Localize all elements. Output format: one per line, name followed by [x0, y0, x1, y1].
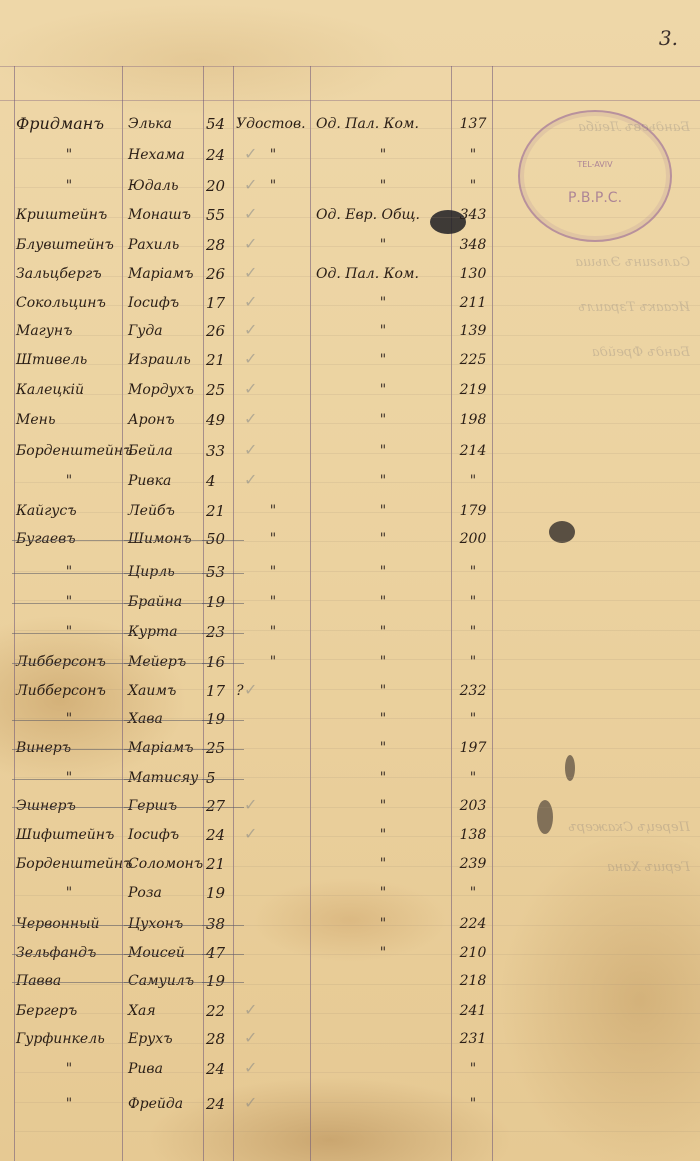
table-row: ГурфинкельЕрухъ28231: [0, 1024, 700, 1054]
table-row: "Хава19"": [0, 704, 700, 734]
age-cell: 26: [206, 259, 234, 289]
surname-cell: ": [16, 617, 122, 647]
number-cell: 198: [455, 405, 491, 435]
number-cell: 348: [455, 230, 491, 260]
number-cell: 203: [455, 791, 491, 821]
organization-cell: ": [316, 878, 450, 908]
number-cell: 200: [455, 524, 491, 554]
age-cell: 19: [206, 587, 234, 617]
age-cell: 19: [206, 878, 234, 908]
table-row: Фридманъ Элька 54 Удостов. Од. Пал. Ком.…: [0, 109, 700, 139]
name-cell: Шимонъ: [128, 524, 204, 554]
age-cell: 21: [206, 849, 234, 879]
document-cell: [236, 704, 310, 734]
table-row: ЧервонныйЦухонъ38"224: [0, 909, 700, 939]
header-rule-top: [0, 66, 700, 67]
surname-cell: Зальцбергъ: [16, 259, 122, 289]
pencil-check-icon: ✓: [244, 144, 257, 163]
number-cell: ": [455, 704, 491, 734]
number-cell: ": [455, 878, 491, 908]
age-cell: 23: [206, 617, 234, 647]
header-rule-bottom: [0, 100, 700, 101]
age-cell: 24: [206, 140, 234, 170]
organization-cell: ": [316, 405, 450, 435]
document-cell: ": [236, 587, 310, 617]
organization-cell: ": [316, 171, 450, 201]
number-cell: ": [455, 466, 491, 496]
table-row: БугаевъШимонъ50""200: [0, 524, 700, 554]
number-cell: ": [455, 763, 491, 793]
surname-cell: ": [16, 763, 122, 793]
number-cell: 224: [455, 909, 491, 939]
number-cell: 197: [455, 733, 491, 763]
surname-cell: Эшнеръ: [16, 791, 122, 821]
surname-cell: Сокольцинъ: [16, 288, 122, 318]
surname-cell: Павва: [16, 966, 122, 996]
number-cell: 210: [455, 938, 491, 968]
name-cell: Хая: [128, 996, 204, 1026]
number-cell: 139: [455, 316, 491, 346]
table-row: ЭшнеръГершъ27"203: [0, 791, 700, 821]
organization-cell: ": [316, 676, 450, 706]
age-cell: 24: [206, 820, 234, 850]
age-cell: 28: [206, 230, 234, 260]
age-cell: 27: [206, 791, 234, 821]
table-row: ВинеръМаріамъ25"197: [0, 733, 700, 763]
number-cell: ": [455, 1089, 491, 1119]
surname-cell: Винеръ: [16, 733, 122, 763]
surname-cell: Борденштейнъ: [16, 436, 122, 466]
organization-cell: ": [316, 316, 450, 346]
name-cell: Израиль: [128, 345, 204, 375]
table-row: "Курта23""": [0, 617, 700, 647]
name-cell: Брайна: [128, 587, 204, 617]
name-cell: Элька: [128, 109, 204, 139]
surname-cell: ": [16, 587, 122, 617]
surname-cell: Бергеръ: [16, 996, 122, 1026]
age-cell: 21: [206, 496, 234, 526]
table-row: "Рива24": [0, 1054, 700, 1084]
table-row: МеньАронъ49"198: [0, 405, 700, 435]
ruled-line: [14, 1131, 700, 1132]
organization-cell: ": [316, 230, 450, 260]
document-cell: ": [236, 557, 310, 587]
number-cell: ": [455, 171, 491, 201]
organization-cell: ": [316, 288, 450, 318]
pencil-check-icon: ✓: [244, 263, 257, 282]
number-cell: 231: [455, 1024, 491, 1054]
document-cell: ": [236, 524, 310, 554]
age-cell: 17: [206, 288, 234, 318]
pencil-check-icon: ✓: [244, 1028, 257, 1047]
document-cell: [236, 878, 310, 908]
name-cell: Курта: [128, 617, 204, 647]
number-cell: 343: [455, 200, 491, 230]
name-cell: Матисяу: [128, 763, 204, 793]
age-cell: 33: [206, 436, 234, 466]
number-cell: 241: [455, 996, 491, 1026]
pencil-check-icon: ✓: [244, 824, 257, 843]
table-row: "Фрейда24": [0, 1089, 700, 1119]
number-cell: 225: [455, 345, 491, 375]
age-cell: 25: [206, 733, 234, 763]
name-cell: Фрейда: [128, 1089, 204, 1119]
organization-cell: ": [316, 436, 450, 466]
name-cell: Бейла: [128, 436, 204, 466]
table-row: БлувштейнъРахиль28"348: [0, 230, 700, 260]
name-cell: Самуилъ: [128, 966, 204, 996]
number-cell: ": [455, 647, 491, 677]
surname-cell: ": [16, 1054, 122, 1084]
table-row: СокольцинъІосифъ17"211: [0, 288, 700, 318]
surname-cell: Кайгусъ: [16, 496, 122, 526]
surname-cell: Зельфандъ: [16, 938, 122, 968]
name-cell: Іосифъ: [128, 288, 204, 318]
table-row: ШтивельИзраиль21"225: [0, 345, 700, 375]
name-cell: Аронъ: [128, 405, 204, 435]
table-row: "Юдаль20""": [0, 171, 700, 201]
pencil-check-icon: ✓: [244, 234, 257, 253]
organization-cell: ": [316, 617, 450, 647]
number-cell: ": [455, 140, 491, 170]
name-cell: Мордухъ: [128, 375, 204, 405]
surname-cell: Калецкій: [16, 375, 122, 405]
age-cell: 28: [206, 1024, 234, 1054]
age-cell: 16: [206, 647, 234, 677]
surname-cell: Блувштейнъ: [16, 230, 122, 260]
pencil-check-icon: ✓: [244, 409, 257, 428]
document-cell: ": [236, 647, 310, 677]
table-row: "Ривка4"": [0, 466, 700, 496]
table-row: ЗальцбергъМаріамъ26Од. Пал. Ком.130: [0, 259, 700, 289]
age-cell: 5: [206, 763, 234, 793]
pencil-check-icon: ✓: [244, 440, 257, 459]
document-cell: [236, 938, 310, 968]
name-cell: Маріамъ: [128, 733, 204, 763]
name-cell: Моисей: [128, 938, 204, 968]
organization-cell: ": [316, 345, 450, 375]
surname-cell: ": [16, 878, 122, 908]
surname-cell: ": [16, 557, 122, 587]
table-row: "Цирль53""": [0, 557, 700, 587]
number-cell: 211: [455, 288, 491, 318]
surname-cell: ": [16, 171, 122, 201]
organization-cell: ": [316, 849, 450, 879]
surname-cell: ": [16, 1089, 122, 1119]
pencil-check-icon: ✓: [244, 349, 257, 368]
surname-cell: Магунъ: [16, 316, 122, 346]
pencil-check-icon: ✓: [244, 292, 257, 311]
age-cell: 49: [206, 405, 234, 435]
surname-cell: Либберсонъ: [16, 676, 122, 706]
number-cell: 218: [455, 966, 491, 996]
organization-cell: [316, 1054, 450, 1084]
name-cell: Соломонъ: [128, 849, 204, 879]
number-cell: 179: [455, 496, 491, 526]
document-cell: [236, 909, 310, 939]
organization-cell: ": [316, 375, 450, 405]
table-row: ЛибберсонъХаимъ17?"232: [0, 676, 700, 706]
pencil-check-icon: ✓: [244, 1058, 257, 1077]
name-cell: Ривка: [128, 466, 204, 496]
name-cell: Цухонъ: [128, 909, 204, 939]
name-cell: Хаимъ: [128, 676, 204, 706]
age-cell: 19: [206, 704, 234, 734]
surname-cell: Мень: [16, 405, 122, 435]
surname-cell: ": [16, 704, 122, 734]
organization-cell: ": [316, 704, 450, 734]
table-row: ПавваСамуилъ19218: [0, 966, 700, 996]
number-cell: ": [455, 557, 491, 587]
organization-cell: ": [316, 791, 450, 821]
organization-cell: ": [316, 466, 450, 496]
name-cell: Мейеръ: [128, 647, 204, 677]
name-cell: Рахиль: [128, 230, 204, 260]
age-cell: 26: [206, 316, 234, 346]
name-cell: Хава: [128, 704, 204, 734]
age-cell: 4: [206, 466, 234, 496]
number-cell: 214: [455, 436, 491, 466]
surname-cell: ": [16, 140, 122, 170]
organization-cell: ": [316, 587, 450, 617]
surname-cell: Фридманъ: [16, 109, 122, 139]
age-cell: 21: [206, 345, 234, 375]
pencil-check-icon: ✓: [244, 1093, 257, 1112]
surname-cell: Шифштейнъ: [16, 820, 122, 850]
surname-cell: Либберсонъ: [16, 647, 122, 677]
age-cell: 47: [206, 938, 234, 968]
number-cell: 137: [455, 109, 491, 139]
organization-cell: ": [316, 938, 450, 968]
table-row: БорденштейнъСоломонъ21"239: [0, 849, 700, 879]
number-cell: 130: [455, 259, 491, 289]
pencil-check-icon: ✓: [244, 379, 257, 398]
number-cell: 138: [455, 820, 491, 850]
name-cell: Юдаль: [128, 171, 204, 201]
table-row: БорденштейнъБейла33"214: [0, 436, 700, 466]
number-cell: 239: [455, 849, 491, 879]
table-row: ШифштейнъІосифъ24"138: [0, 820, 700, 850]
surname-cell: Бугаевъ: [16, 524, 122, 554]
organization-cell: [316, 996, 450, 1026]
name-cell: Гершъ: [128, 791, 204, 821]
organization-cell: [316, 1024, 450, 1054]
table-row: "Нехама24""": [0, 140, 700, 170]
age-cell: 22: [206, 996, 234, 1026]
name-cell: Лейбъ: [128, 496, 204, 526]
organization-cell: Од. Пал. Ком.: [316, 259, 450, 289]
table-row: ЛибберсонъМейеръ16""": [0, 647, 700, 677]
name-cell: Рива: [128, 1054, 204, 1084]
organization-cell: ": [316, 647, 450, 677]
age-cell: 19: [206, 966, 234, 996]
age-cell: 38: [206, 909, 234, 939]
organization-cell: Од. Пал. Ком.: [316, 109, 450, 139]
name-cell: Нехама: [128, 140, 204, 170]
document-cell: [236, 763, 310, 793]
pencil-check-icon: ✓: [244, 320, 257, 339]
pencil-check-icon: ✓: [244, 204, 257, 223]
organization-cell: ": [316, 524, 450, 554]
organization-cell: ": [316, 496, 450, 526]
organization-cell: Од. Евр. Общ.: [316, 200, 450, 230]
age-cell: 25: [206, 375, 234, 405]
document-cell: [236, 966, 310, 996]
name-cell: Ерухъ: [128, 1024, 204, 1054]
table-row: КайгусъЛейбъ21""179: [0, 496, 700, 526]
pencil-check-icon: ✓: [244, 470, 257, 489]
name-cell: Роза: [128, 878, 204, 908]
table-row: КриштейнъМонашъ55Од. Евр. Общ.343: [0, 200, 700, 230]
surname-cell: Червонный: [16, 909, 122, 939]
table-row: "Матисяу5"": [0, 763, 700, 793]
pencil-check-icon: ✓: [244, 795, 257, 814]
number-cell: ": [455, 1054, 491, 1084]
organization-cell: [316, 1089, 450, 1119]
pencil-check-icon: ✓: [244, 175, 257, 194]
surname-cell: Штивель: [16, 345, 122, 375]
name-cell: Маріамъ: [128, 259, 204, 289]
organization-cell: [316, 966, 450, 996]
table-row: МагунъГуда26"139: [0, 316, 700, 346]
name-cell: Цирль: [128, 557, 204, 587]
name-cell: Гуда: [128, 316, 204, 346]
name-cell: Монашъ: [128, 200, 204, 230]
document-cell: Удостов.: [236, 109, 310, 139]
surname-cell: Криштейнъ: [16, 200, 122, 230]
document-cell: [236, 733, 310, 763]
table-row: БергеръХая22241: [0, 996, 700, 1026]
organization-cell: ": [316, 140, 450, 170]
organization-cell: ": [316, 909, 450, 939]
age-cell: 50: [206, 524, 234, 554]
number-cell: ": [455, 587, 491, 617]
age-cell: 24: [206, 1054, 234, 1084]
organization-cell: ": [316, 557, 450, 587]
document-cell: [236, 849, 310, 879]
number-cell: 232: [455, 676, 491, 706]
document-cell: ": [236, 617, 310, 647]
table-row: ЗельфандъМоисей47"210: [0, 938, 700, 968]
surname-cell: ": [16, 466, 122, 496]
organization-cell: ": [316, 733, 450, 763]
surname-cell: Борденштейнъ: [16, 849, 122, 879]
age-cell: 24: [206, 1089, 234, 1119]
table-row: "Роза19"": [0, 878, 700, 908]
pencil-check-icon: ✓: [244, 1000, 257, 1019]
age-cell: 20: [206, 171, 234, 201]
table-row: "Брайна19""": [0, 587, 700, 617]
surname-cell: Гурфинкель: [16, 1024, 122, 1054]
table-row: КалецкійМордухъ25"219: [0, 375, 700, 405]
number-cell: ": [455, 617, 491, 647]
number-cell: 219: [455, 375, 491, 405]
age-cell: 55: [206, 200, 234, 230]
organization-cell: ": [316, 820, 450, 850]
organization-cell: ": [316, 763, 450, 793]
age-cell: 53: [206, 557, 234, 587]
age-cell: 17: [206, 676, 234, 706]
name-cell: Іосифъ: [128, 820, 204, 850]
document-cell: ": [236, 496, 310, 526]
page-number: 3.: [659, 26, 678, 50]
pencil-check-icon: ✓: [244, 680, 257, 699]
age-cell: 54: [206, 109, 234, 139]
